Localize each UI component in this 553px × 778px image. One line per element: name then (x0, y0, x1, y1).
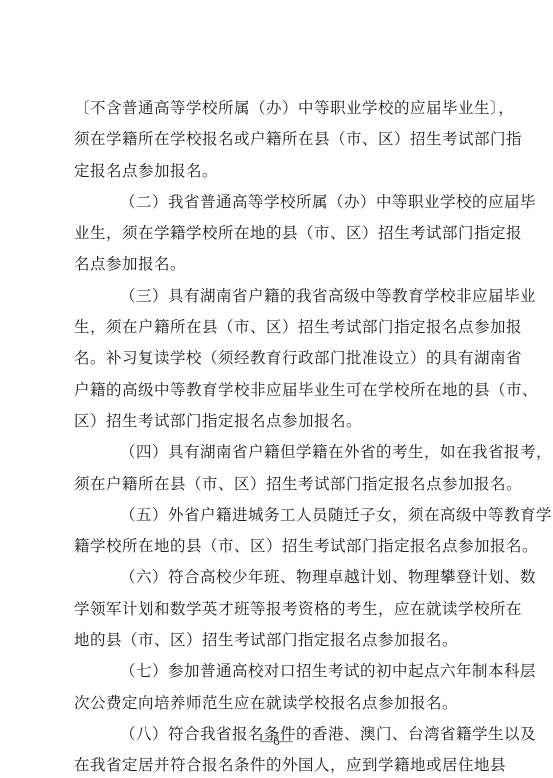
text-line-item-4: （四）具有湖南省户籍但学籍在外省的考生，如在我省报考， (74, 437, 492, 468)
text-line-item-6: （六）符合高校少年班、物理卓越计划、物理攀登计划、数 (74, 562, 492, 593)
text-line: 定报名点参加报名。 (74, 156, 492, 187)
text-line: 〔不含普通高等学校所属（办）中等职业学校的应届毕业生〕， (74, 93, 492, 124)
text-line: 次公费定向培养师范生应在就读学校报名点参加报名。 (74, 688, 492, 719)
text-line-item-3: （三）具有湖南省户籍的我省高级中等教育学校非应届毕业 (74, 281, 492, 312)
text-line: 须在户籍所在县（市、区）招生考试部门指定报名点参加报名。 (74, 469, 492, 500)
text-line: 生，须在户籍所在县（市、区）招生考试部门指定报名点参加报 (74, 312, 492, 343)
document-body: 〔不含普通高等学校所属（办）中等职业学校的应届毕业生〕， 须在学籍所在学校报名或… (74, 93, 492, 778)
text-line: 业生，须在学籍学校所在地的县（市、区）招生考试部门指定报 (74, 218, 492, 249)
text-line-item-5: （五）外省户籍进城务工人员随迁子女，须在高级中等教育学 (74, 500, 492, 531)
page-number: —6— (0, 733, 553, 749)
text-line: 户籍的高级中等教育学校非应届毕业生可在学校所在地的县（市、 (74, 375, 492, 406)
text-line: 在我省定居并符合报名条件的外国人，应到学籍地或居住地县 (74, 750, 492, 778)
text-line-item-7: （七）参加普通高校对口招生考试的初中起点六年制本科层 (74, 656, 492, 687)
text-line: 名点参加报名。 (74, 249, 492, 280)
text-line-item-2: （二）我省普通高等学校所属（办）中等职业学校的应届毕 (74, 187, 492, 218)
text-line: 学领军计划和数学英才班等报考资格的考生，应在就读学校所在 (74, 594, 492, 625)
text-line: 区）招生考试部门指定报名点参加报名。 (74, 406, 492, 437)
text-line: 籍学校所在地的县（市、区）招生考试部门指定报名点参加报名。 (74, 531, 492, 562)
text-line: 须在学籍所在学校报名或户籍所在县（市、区）招生考试部门指 (74, 124, 492, 155)
text-line: 名。补习复读学校（须经教育行政部门批准设立）的具有湖南省 (74, 343, 492, 374)
document-page: 〔不含普通高等学校所属（办）中等职业学校的应届毕业生〕， 须在学籍所在学校报名或… (0, 0, 553, 778)
text-line: 地的县（市、区）招生考试部门指定报名点参加报名。 (74, 625, 492, 656)
